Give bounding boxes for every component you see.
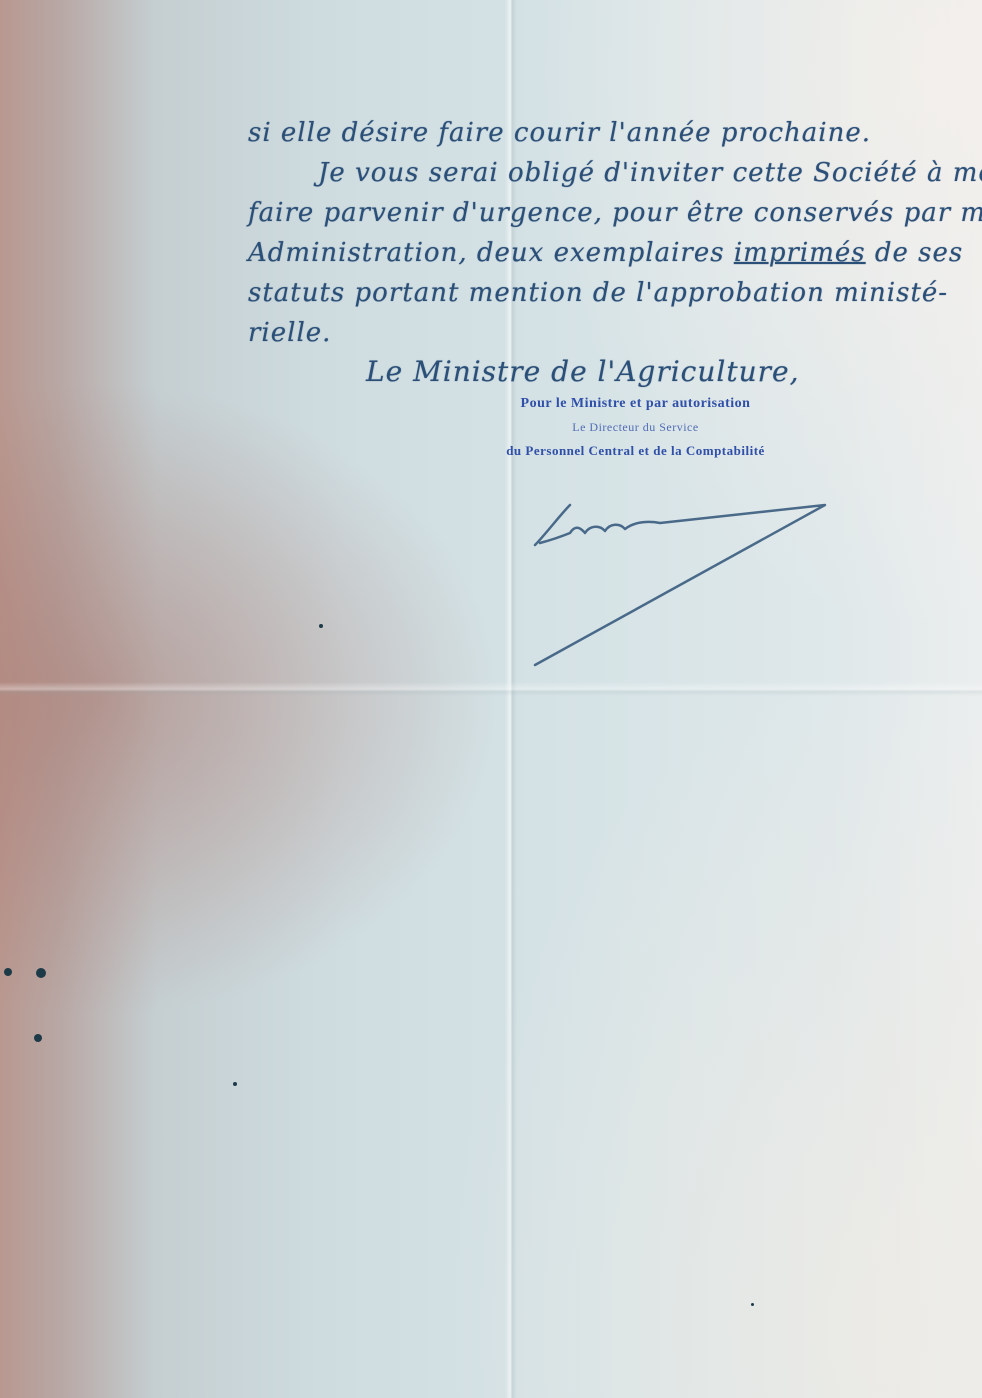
stamp-line-3: du Personnel Central et de la Comptabili… — [458, 443, 813, 459]
closing-line: Le Ministre de l'Agriculture, — [366, 355, 800, 388]
authorization-stamp: Pour le Ministre et par autorisation Le … — [458, 396, 813, 459]
ink-spot — [4, 968, 12, 976]
horizontal-fold-crease — [0, 682, 982, 696]
body-line-4-end: de ses — [875, 238, 963, 268]
ink-spot — [36, 968, 46, 978]
ink-spot — [319, 624, 323, 628]
ink-spot — [751, 1303, 754, 1306]
signature-icon — [525, 495, 845, 675]
underlined-word: imprimés — [734, 238, 866, 268]
body-line-2: Je vous serai obligé d'inviter cette Soc… — [318, 158, 982, 188]
body-line-5: statuts portant mention de l'approbation… — [248, 278, 948, 308]
stamp-line-1: Pour le Ministre et par autorisation — [458, 396, 813, 412]
body-line-6: rielle. — [248, 318, 331, 348]
body-line-4: Administration, deux exemplaires imprimé… — [248, 238, 963, 268]
ink-spot — [233, 1082, 237, 1086]
body-line-3: faire parvenir d'urgence, pour être cons… — [248, 198, 982, 228]
body-line-4-start: Administration, deux exemplaires — [248, 238, 725, 268]
body-line-1: si elle désire faire courir l'année proc… — [248, 118, 871, 148]
ink-spot — [34, 1034, 42, 1042]
stamp-line-2: Le Directeur du Service — [458, 420, 813, 435]
